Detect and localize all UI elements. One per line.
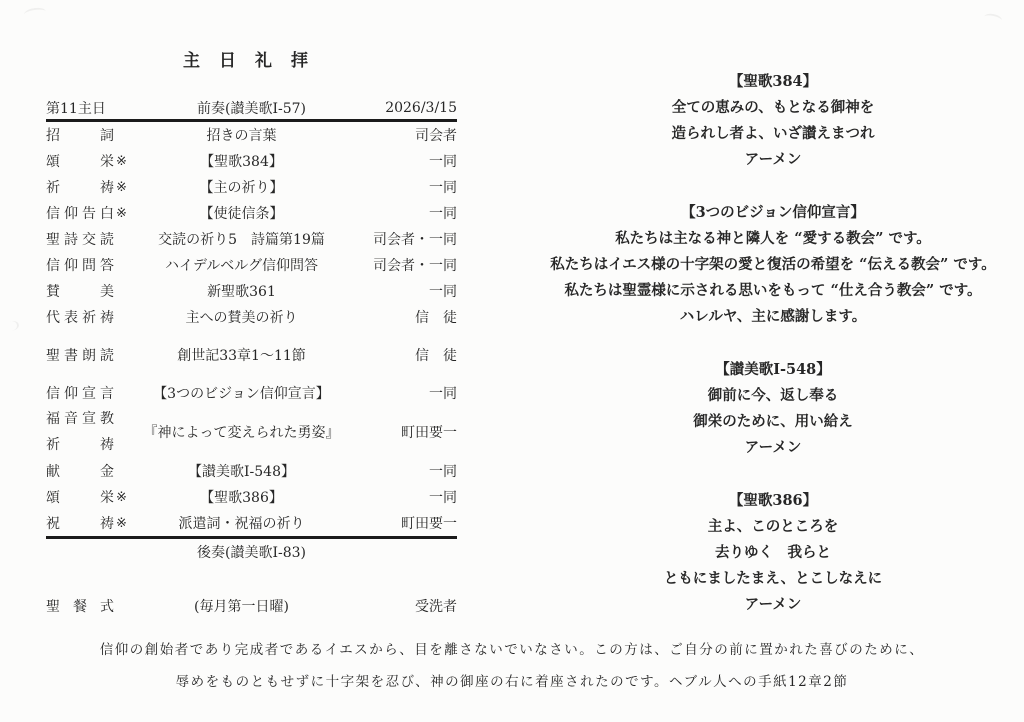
program-item-person: 信 徒 xyxy=(345,345,457,365)
hymn-line: アーメン xyxy=(530,592,1016,618)
hymn-heading: 【聖歌384】 xyxy=(530,69,1016,95)
program-item-label: 信仰告白 xyxy=(46,203,114,223)
asterisk-marker: ※ xyxy=(114,490,138,505)
hymn-line: アーメン xyxy=(530,435,1016,461)
program-item-label: 頌栄 xyxy=(46,487,114,507)
communion-schedule: (毎月第一日曜) xyxy=(138,596,345,616)
scan-artifact xyxy=(23,7,46,20)
program-item-label: 祈祷 xyxy=(46,177,114,197)
program-item-content: 【聖歌386】 xyxy=(138,487,345,507)
asterisk-marker: ※ xyxy=(114,516,138,531)
program-item-content: 創世記33章1〜11節 xyxy=(138,345,345,365)
program-item-label: 信仰問答 xyxy=(46,255,114,275)
program-item-content: 派遣詞・祝福の祈り xyxy=(138,513,345,533)
program-item-person: 町田要一 xyxy=(345,513,457,533)
week-number: 第11主日 xyxy=(46,98,197,118)
communion-row: 聖餐式 (毎月第一日曜) 受洗者 xyxy=(46,593,457,619)
program-row: 聖書朗読 創世記33章1〜11節 信 徒 xyxy=(46,342,457,368)
preacher-name: 町田要一 xyxy=(345,422,457,442)
program-item-person: 司会者・一同 xyxy=(345,229,457,249)
sermon-label-stack: 福音宣教 祈祷 xyxy=(46,406,114,458)
program-row-sermon: 福音宣教 祈祷 『神によって変えられた勇姿』 町田要一 xyxy=(46,406,457,458)
verse-line-1: 信仰の創始者であり完成者であるイエスから、目を離さないでいなさい。この方は、ご自… xyxy=(0,634,1024,666)
prelude: 前奏(讃美歌Ⅰ-57) xyxy=(197,98,306,118)
hymn-heading: 【聖歌386】 xyxy=(530,488,1016,514)
program-row: 信仰宣言 【3つのビジョン信仰宣言】 一同 xyxy=(46,380,457,406)
program-item-content: 【3つのビジョン信仰宣言】 xyxy=(138,383,345,403)
communion-person: 受洗者 xyxy=(345,596,457,616)
hymn-block: 【聖歌386】 主よ、このところを 去りゆく 我らと ともにましたまえ、とこしな… xyxy=(530,488,1016,618)
page-title: 主 日 礼 拝 xyxy=(46,46,446,71)
program-item-person: 信 徒 xyxy=(345,307,457,327)
hymn-line: 造られし者よ、いざ讃えまつれ xyxy=(530,121,1016,147)
program-item-person: 一同 xyxy=(345,151,457,171)
program-item-content: 招きの言葉 xyxy=(138,125,345,145)
worship-bulletin-page: 主 日 礼 拝 第11主日 前奏(讃美歌Ⅰ-57) 2026/3/15 招詞 招… xyxy=(0,0,1024,722)
program-item-person: 司会者・一同 xyxy=(345,255,457,275)
sermon-title: 『神によって変えられた勇姿』 xyxy=(138,422,345,442)
hymn-heading: 【讃美歌Ⅰ-548】 xyxy=(530,357,1016,383)
program-row: 献金 【讃美歌Ⅰ-548】 一同 xyxy=(46,458,457,484)
program-item-person: 一同 xyxy=(345,281,457,301)
program-item-person: 司会者 xyxy=(345,125,457,145)
program-item-content: 【使徒信条】 xyxy=(138,203,345,223)
hymn-block: 【讃美歌Ⅰ-548】 御前に今、返し奉る 御栄のために、用い給え アーメン xyxy=(530,357,1016,461)
hymn-line: 私たちは聖霊様に示される思いをもって “仕え合う教会” です。 xyxy=(530,278,1016,304)
program-item-content: 主への賛美の祈り xyxy=(138,307,345,327)
vision-declaration-block: 【3つのビジョン信仰宣言】 私たちは主なる神と隣人を “愛する教会” です。 私… xyxy=(530,200,1016,330)
hymn-line: 去りゆく 我らと xyxy=(530,540,1016,566)
hymn-line: 御前に今、返し奉る xyxy=(530,383,1016,409)
hymn-line: 全ての恵みの、もとなる御神を xyxy=(530,95,1016,121)
program-item-content: 【主の祈り】 xyxy=(138,177,345,197)
asterisk-marker: ※ xyxy=(114,206,138,221)
program-row: 頌栄 ※ 【聖歌384】 一同 xyxy=(46,148,457,174)
program-item-content: 交読の祈り5 詩篇第19篇 xyxy=(138,229,345,249)
hymn-line: 御栄のために、用い給え xyxy=(530,409,1016,435)
program-row: 信仰問答 ハイデルベルグ信仰問答 司会者・一同 xyxy=(46,252,457,278)
program-item-label: 聖書朗読 xyxy=(46,345,114,365)
hymn-line: ハレルヤ、主に感謝します。 xyxy=(530,304,1016,330)
program-row: 招詞 招きの言葉 司会者 xyxy=(46,122,457,148)
program-item-label: 祈祷 xyxy=(46,432,114,458)
program-item-person: 一同 xyxy=(345,383,457,403)
asterisk-marker: ※ xyxy=(114,154,138,169)
program-row: 賛美 新聖歌361 一同 xyxy=(46,278,457,304)
program-item-person: 一同 xyxy=(345,487,457,507)
program-item-label: 献金 xyxy=(46,461,114,481)
program-item-label: 福音宣教 xyxy=(46,406,114,432)
hymn-line: ともにましたまえ、とこしなえに xyxy=(530,566,1016,592)
program-item-person: 一同 xyxy=(345,461,457,481)
scripture-verse: 信仰の創始者であり完成者であるイエスから、目を離さないでいなさい。この方は、ご自… xyxy=(0,634,1024,698)
postlude: 後奏(讃美歌Ⅰ-83) xyxy=(46,539,457,565)
program-item-content: 新聖歌361 xyxy=(138,281,345,301)
program-item-content: 【讃美歌Ⅰ-548】 xyxy=(138,461,345,481)
scan-artifact xyxy=(983,12,1002,25)
hymn-line: 主よ、このところを xyxy=(530,514,1016,540)
program-row: 祈祷 ※ 【主の祈り】 一同 xyxy=(46,174,457,200)
program-item-content: ハイデルベルグ信仰問答 xyxy=(138,255,345,275)
hymn-block: 【聖歌384】 全ての恵みの、もとなる御神を 造られし者よ、いざ讃えまつれ アー… xyxy=(530,69,1016,173)
asterisk-marker: ※ xyxy=(114,180,138,195)
service-date: 2026/3/15 xyxy=(306,100,457,116)
program-row: 頌栄 ※ 【聖歌386】 一同 xyxy=(46,484,457,510)
program-row: 聖詩交読 交読の祈り5 詩篇第19篇 司会者・一同 xyxy=(46,226,457,252)
program-item-label: 祝祷 xyxy=(46,513,114,533)
hymn-lyrics-column: 【聖歌384】 全ての恵みの、もとなる御神を 造られし者よ、いざ讃えまつれ アー… xyxy=(530,69,1016,618)
service-program-table: 第11主日 前奏(讃美歌Ⅰ-57) 2026/3/15 招詞 招きの言葉 司会者… xyxy=(46,96,457,619)
program-row: 信仰告白 ※ 【使徒信条】 一同 xyxy=(46,200,457,226)
scan-artifact xyxy=(2,320,19,333)
program-item-person: 一同 xyxy=(345,203,457,223)
program-item-label: 代表祈祷 xyxy=(46,307,114,327)
hymn-line: 私たちは主なる神と隣人を “愛する教会” です。 xyxy=(530,226,1016,252)
program-row: 代表祈祷 主への賛美の祈り 信 徒 xyxy=(46,304,457,330)
program-row: 祝祷 ※ 派遣詞・祝福の祈り 町田要一 xyxy=(46,510,457,536)
program-item-content: 【聖歌384】 xyxy=(138,151,345,171)
program-body: 招詞 招きの言葉 司会者 頌栄 ※ 【聖歌384】 一同 祈祷 ※ 【主の祈り】… xyxy=(46,122,457,539)
hymn-line: アーメン xyxy=(530,147,1016,173)
program-item-label: 頌栄 xyxy=(46,151,114,171)
communion-label: 聖餐式 xyxy=(46,596,114,616)
program-item-label: 賛美 xyxy=(46,281,114,301)
verse-line-2: 辱めをものともせずに十字架を忍び、神の御座の右に着座されたのです。ヘブル人への手… xyxy=(0,666,1024,698)
program-item-person: 一同 xyxy=(345,177,457,197)
program-item-label: 信仰宣言 xyxy=(46,383,114,403)
program-item-label: 聖詩交読 xyxy=(46,229,114,249)
hymn-heading: 【3つのビジョン信仰宣言】 xyxy=(530,200,1016,226)
hymn-line: 私たちはイエス様の十字架の愛と復活の希望を “伝える教会” です。 xyxy=(530,252,1016,278)
program-item-label: 招詞 xyxy=(46,125,114,145)
program-header: 第11主日 前奏(讃美歌Ⅰ-57) 2026/3/15 xyxy=(46,96,457,122)
